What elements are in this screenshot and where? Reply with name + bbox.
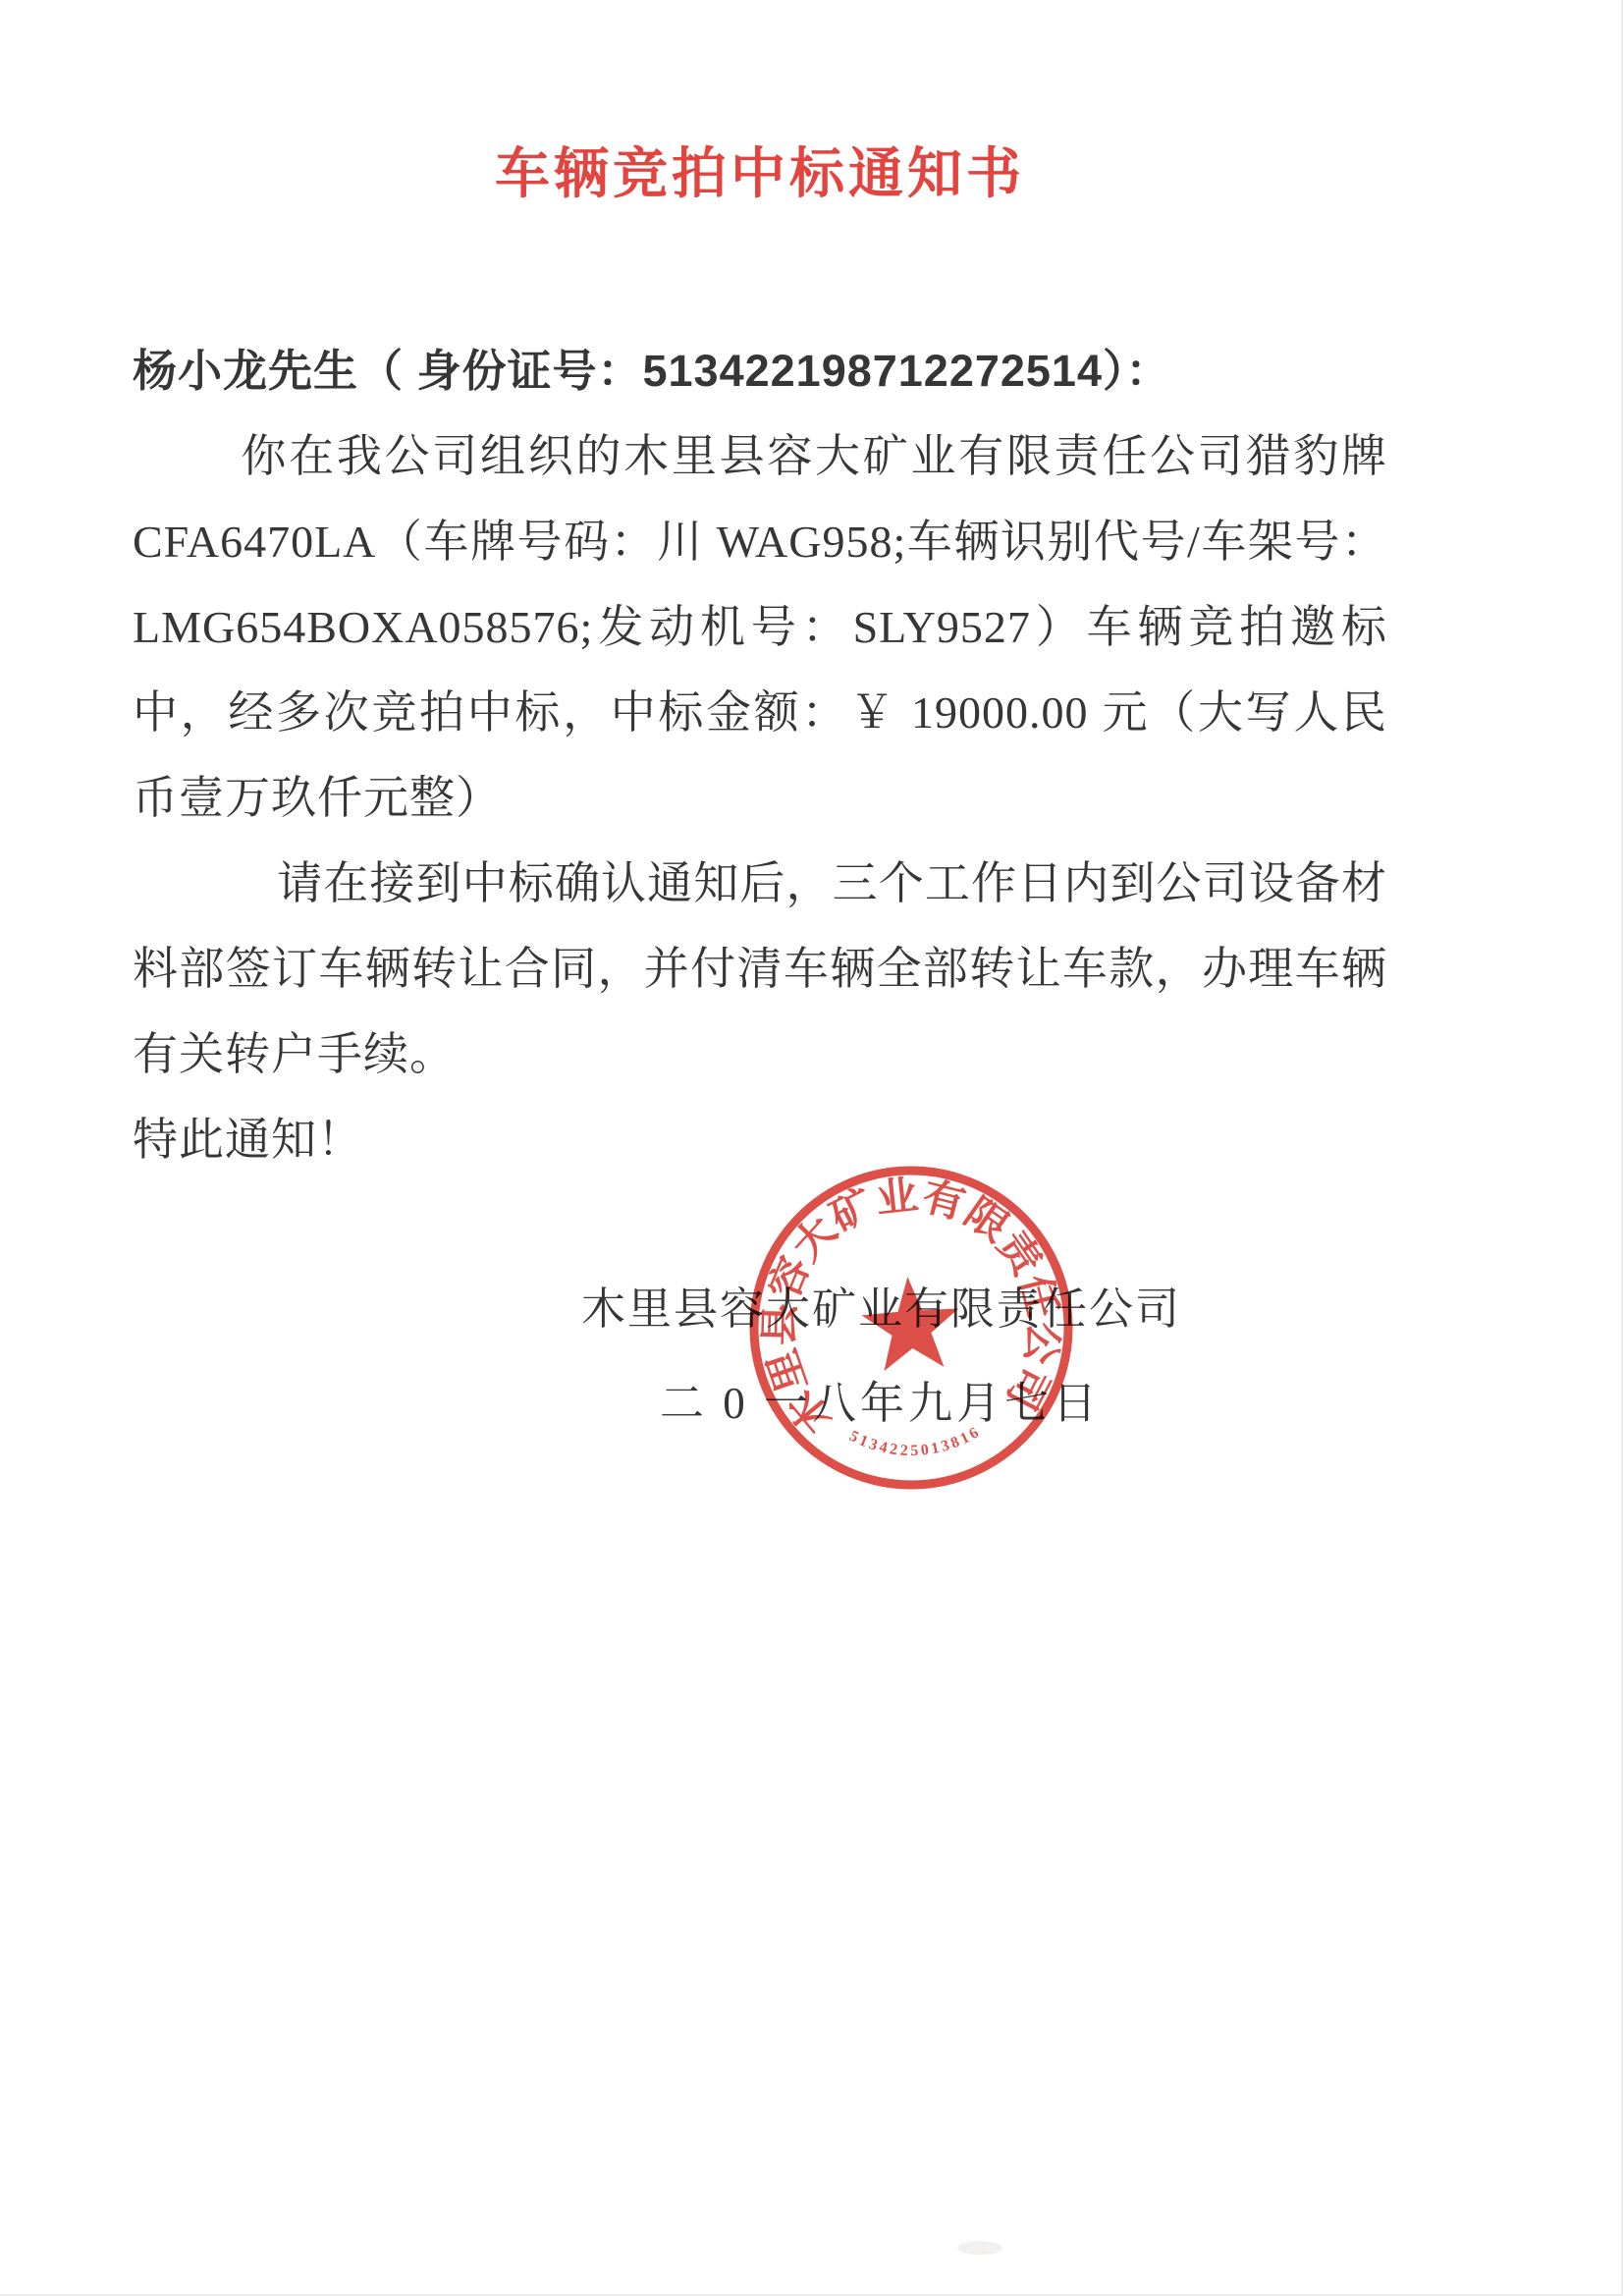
letter-content: 车辆竞拍中标通知书 杨小龙先生（ 身份证号：513422198712272514… bbox=[133, 137, 1387, 1182]
instructions-paragraph: 请在接到中标确认通知后，三个工作日内到公司设备材料部签订车辆转让合同，并付清车辆… bbox=[133, 841, 1387, 1097]
closing-line: 特此通知！ bbox=[133, 1097, 1387, 1182]
auction-details-paragraph: 你在我公司组织的木里县容大矿业有限责任公司猎豹牌CFA6470LA（车牌号码：川… bbox=[133, 413, 1387, 841]
scan-artifact bbox=[957, 2241, 1002, 2255]
notification-letter-page: 车辆竞拍中标通知书 杨小龙先生（ 身份证号：513422198712272514… bbox=[0, 0, 1623, 2296]
salutation-line: 杨小龙先生（ 身份证号：513422198712272514）： bbox=[133, 328, 1387, 413]
signature-company-name: 木里县容大矿业有限责任公司 bbox=[581, 1273, 1181, 1337]
signature-date: 二 0 一八年九月七日 bbox=[660, 1367, 1101, 1431]
document-title: 车辆竞拍中标通知书 bbox=[133, 137, 1387, 212]
